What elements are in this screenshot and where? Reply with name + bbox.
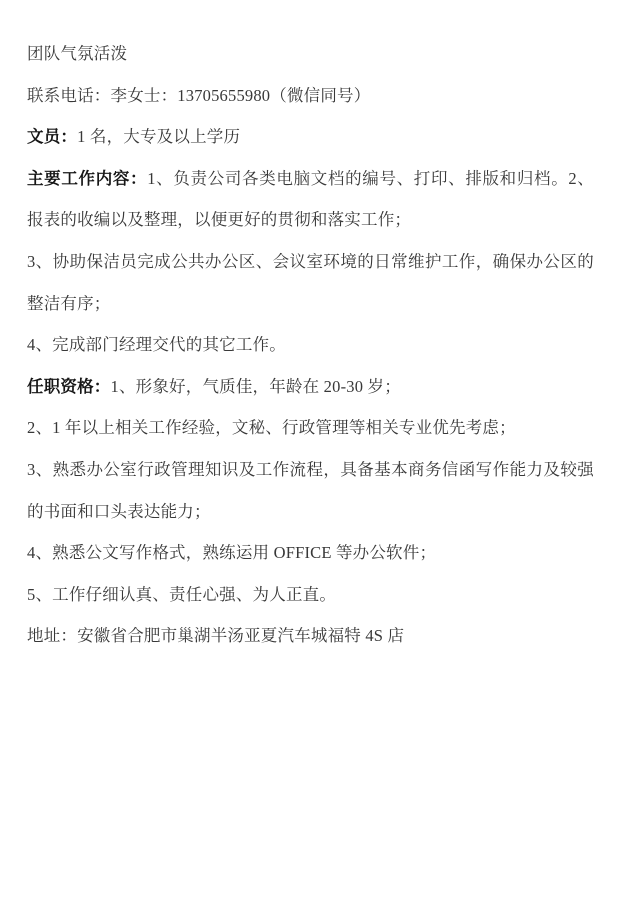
paragraph-qualifications-2: 2、1 年以上相关工作经验，文秘、行政管理等相关专业优先考虑； [27, 407, 594, 449]
paragraph-qualifications-5: 5、工作仔细认真、责任心强、为人正直。 [27, 574, 594, 616]
document-page: 团队气氛活泼 联系电话：李女士：13705655980（微信同号） 文员：1 名… [0, 0, 622, 909]
paragraph-text: 3、协助保洁员完成公共办公区、会议室环境的日常维护工作，确保办公区的整洁有序； [27, 252, 594, 313]
paragraph-text: 联系电话：李女士：13705655980（微信同号） [27, 86, 370, 105]
paragraph-text: 4、完成部门经理交代的其它工作。 [27, 335, 286, 354]
paragraph-heading: 任职资格： [27, 377, 111, 396]
paragraph-text: 1、形象好，气质佳，年龄在 20-30 岁； [111, 377, 401, 396]
paragraph-main-duties-4: 4、完成部门经理交代的其它工作。 [27, 324, 594, 366]
paragraph-heading: 主要工作内容： [27, 169, 147, 188]
paragraph-text: 3、熟悉办公室行政管理知识及工作流程，具备基本商务信函写作能力及较强的书面和口头… [27, 460, 594, 521]
paragraph-team-atmosphere: 团队气氛活泼 [27, 33, 594, 75]
paragraph-qualifications-1: 任职资格：1、形象好，气质佳，年龄在 20-30 岁； [27, 366, 594, 408]
paragraph-address: 地址：安徽省合肥市巢湖半汤亚夏汽车城福特 4S 店 [27, 615, 594, 657]
paragraph-heading: 文员： [27, 127, 77, 146]
paragraph-text: 4、熟悉公文写作格式，熟练运用 OFFICE 等办公软件； [27, 543, 436, 562]
paragraph-qualifications-4: 4、熟悉公文写作格式，熟练运用 OFFICE 等办公软件； [27, 532, 594, 574]
paragraph-position-clerk: 文员：1 名，大专及以上学历 [27, 116, 594, 158]
paragraph-text: 2、1 年以上相关工作经验，文秘、行政管理等相关专业优先考虑； [27, 418, 516, 437]
paragraph-text: 5、工作仔细认真、责任心强、为人正直。 [27, 585, 336, 604]
paragraph-text: 地址：安徽省合肥市巢湖半汤亚夏汽车城福特 4S 店 [27, 626, 404, 645]
paragraph-text: 1 名，大专及以上学历 [77, 127, 240, 146]
paragraph-qualifications-3: 3、熟悉办公室行政管理知识及工作流程，具备基本商务信函写作能力及较强的书面和口头… [27, 449, 594, 532]
paragraph-text: 团队气氛活泼 [27, 44, 127, 63]
paragraph-contact-phone: 联系电话：李女士：13705655980（微信同号） [27, 75, 594, 117]
paragraph-main-duties-1-2: 主要工作内容：1、负责公司各类电脑文档的编号、打印、排版和归档。2、报表的收编以… [27, 158, 594, 241]
paragraph-main-duties-3: 3、协助保洁员完成公共办公区、会议室环境的日常维护工作，确保办公区的整洁有序； [27, 241, 594, 324]
